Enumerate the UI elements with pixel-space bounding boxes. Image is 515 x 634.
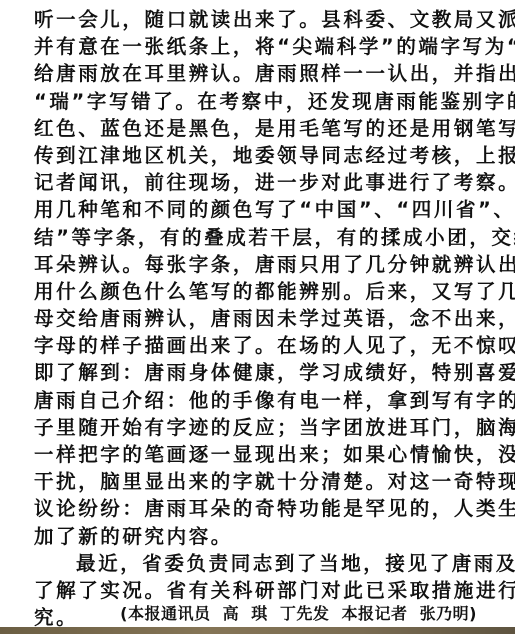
text-line: 母交给唐雨辨认，唐雨因未学过英语，念不出来，但却照着 [34, 305, 480, 332]
text-line: 传到江津地区机关，地委领导同志经过考核，上报到省委。 [34, 142, 480, 169]
text-line: 听一会儿，随口就读出来了。县科委、文教局又派人核实， [34, 6, 480, 33]
paragraph-start-line: 最近，省委负责同志到了当地，接见了唐雨及其亲属， [34, 550, 480, 577]
text-line: 字母的样子描画出来了。在场的人见了，无不惊叹，记者随 [34, 332, 480, 359]
text-line: 子里随开始有字迹的反应；当字团放进耳门，脑海就像银幕 [34, 414, 480, 441]
text-line: 唐雨自己介绍：他的手像有电一样，拿到写有字的纸团，脑 [34, 387, 480, 414]
text-line: 结”等字条，有的叠成若干层，有的揉成小团，交给唐雨用 [34, 224, 480, 251]
text-line: 一样把字的笔画逐一显现出来；如果心情愉快，没有噪音等 [34, 441, 480, 468]
byline: (本报通讯员 高 琪 丁先发 本报记者 张乃明) [120, 601, 477, 624]
text-line: 即了解到：唐雨身体健康，学习成绩好，特别喜爱数学。据 [34, 359, 480, 386]
text-line: 记者闻讯，前往现场，进一步对此事进行了考察。记者先后 [34, 169, 480, 196]
text-line: 议论纷纷：唐雨耳朵的奇特功能是罕见的，人类生理学又增 [34, 495, 480, 522]
text-line: 并有意在一张纸条上，将“尖端科学”的端字写为“瑞”， [34, 33, 480, 60]
text-line: 干扰，脑里显出来的字就十分清楚。对这一奇特现象，人们 [34, 468, 480, 495]
article-body: 听一会儿，随口就读出来了。县科委、文教局又派人核实， 并有意在一张纸条上，将“尖… [34, 6, 480, 631]
text-line: 红色、蓝色还是黑色，是用毛笔写的还是用钢笔写的。消息 [34, 115, 480, 142]
text-line: “瑞”字写错了。在考察中，还发现唐雨能鉴别字的颜色是 [34, 88, 480, 115]
text-line: 耳朵辨认。每张字条，唐雨只用了几分钟就辨认出来了。连 [34, 251, 480, 278]
text-line: 给唐雨放在耳里辨认。唐雨照样一一认出，并指出其中的 [34, 60, 480, 87]
text-line: 加了新的研究内容。 [34, 523, 480, 550]
scan-edge [0, 627, 515, 634]
text-line: 用几种笔和不同的颜色写了“中国”、“四川省”、“安定团 [34, 196, 480, 223]
text-line: 用什么颜色什么笔写的都能辨别。后来，又写了几个英语字 [34, 278, 480, 305]
